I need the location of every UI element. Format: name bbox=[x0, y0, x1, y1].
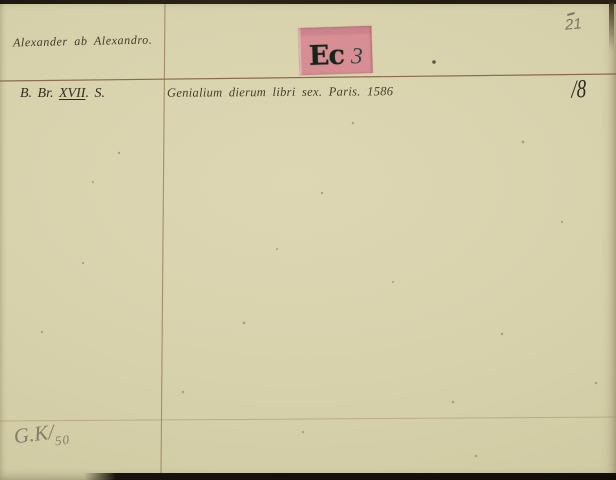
pencil-note-small-digits: 50 bbox=[54, 432, 71, 449]
classmark-handwritten-number: 3 bbox=[350, 43, 362, 69]
classmark-label: Ec 3 bbox=[298, 26, 372, 75]
pencil-number-top-right: 21 bbox=[564, 15, 582, 33]
scan-edge-right bbox=[609, 3, 614, 51]
shelfmark: B. Br. XVII. S. bbox=[20, 86, 105, 102]
vertical-rule bbox=[161, 3, 165, 474]
format-mark: /8 bbox=[571, 75, 587, 105]
scan-edge-top bbox=[0, 0, 616, 4]
horizontal-rule-bottom bbox=[0, 417, 616, 421]
shelfmark-roman-numeral: XVII bbox=[59, 86, 85, 101]
catalog-card-scan: Ec 3 Alexander ab Alexandro. B. Br. XVII… bbox=[0, 0, 616, 480]
title-entry: Genialium dierum libri sex. Paris. 1586 bbox=[167, 84, 393, 101]
author-heading: Alexander ab Alexandro. bbox=[13, 33, 153, 51]
scan-edge-bottom bbox=[84, 473, 616, 480]
shelfmark-prefix: B. Br. bbox=[20, 86, 54, 101]
horizontal-rule-top bbox=[0, 74, 616, 81]
classmark-printed-text: Ec bbox=[308, 42, 344, 70]
pencil-note-bottom-left: G.K/50 bbox=[12, 418, 71, 455]
paper-specks bbox=[0, 0, 2, 2]
pencil-note-prefix: G.K/ bbox=[12, 420, 55, 449]
shelfmark-suffix: . S. bbox=[85, 86, 105, 101]
